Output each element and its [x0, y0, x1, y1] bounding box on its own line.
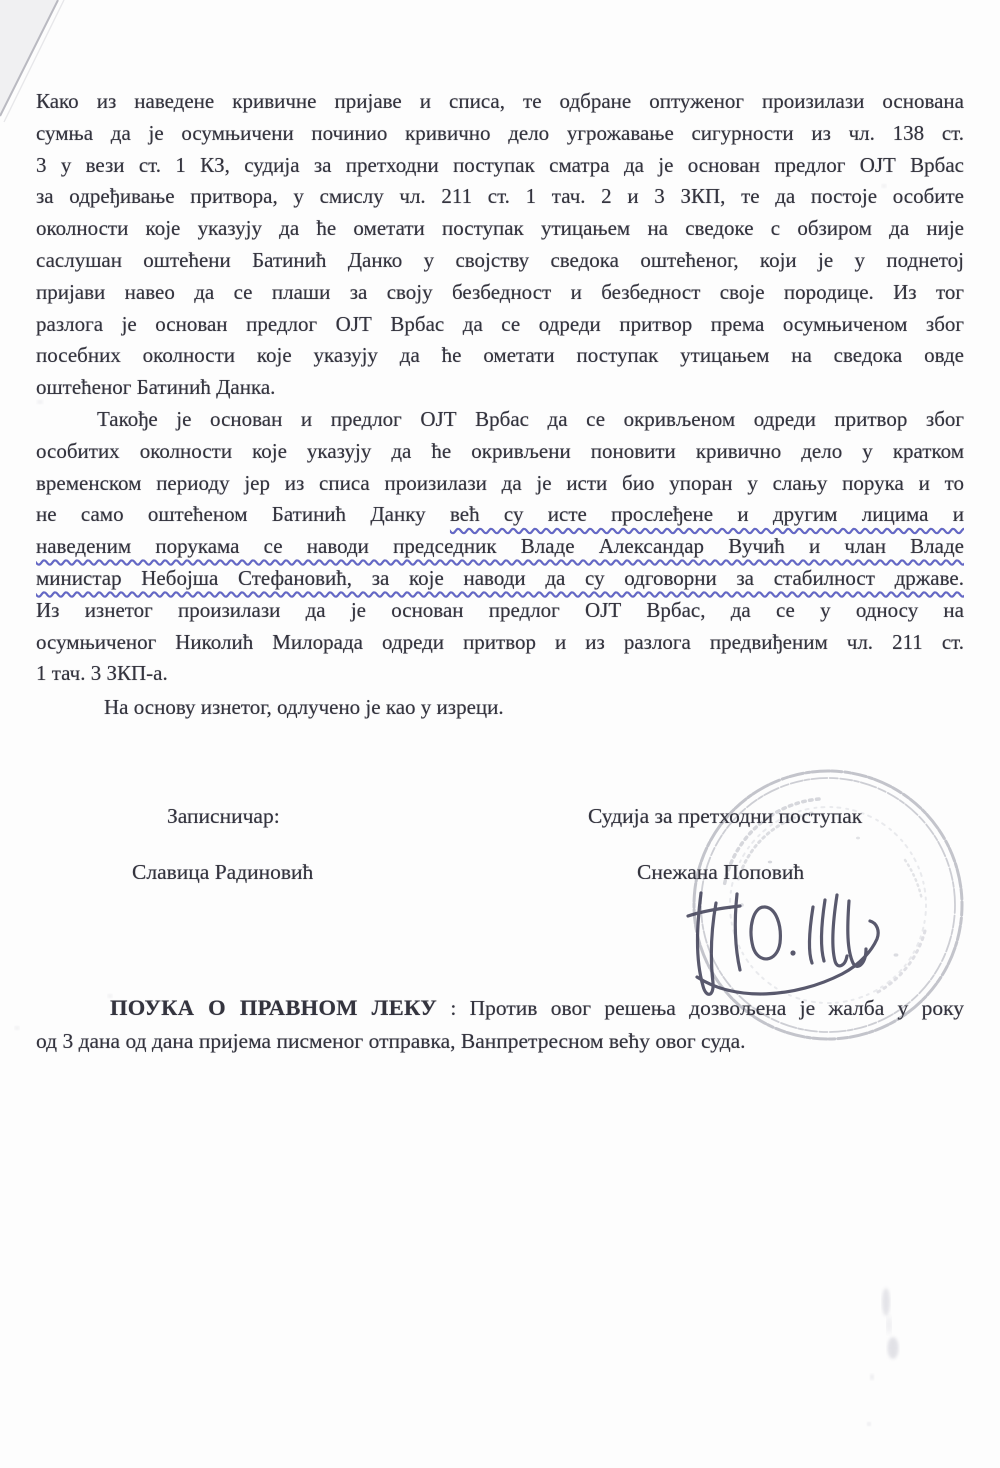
- text-line: оштећеног Батинић Данка.: [36, 372, 964, 404]
- text-line: околности које указују да ће ометати пос…: [36, 213, 964, 245]
- body-paragraph-2: Такође је основан и предлог ОЈТ Врбас да…: [36, 404, 964, 690]
- judge-role-label: Судија за претходни поступак: [588, 804, 862, 829]
- pen-underlined-text: већ су исте прослеђене и другим лицима и: [450, 502, 964, 526]
- legal-remedy-heading: ПОУКА О ПРАВНОМ ЛЕКУ: [110, 995, 437, 1020]
- judge-name: Снежана Поповић: [637, 860, 804, 885]
- text-line: саслушан оштећени Батинић Данко у својст…: [36, 245, 964, 277]
- clerk-role-label: Записничар:: [167, 804, 280, 829]
- judge-signature-icon: [688, 893, 878, 994]
- text-line: наведеним порукама се наводи председник …: [36, 531, 964, 563]
- text-line: Такође је основан и предлог ОЈТ Врбас да…: [36, 404, 964, 436]
- text-line: пријави навео да се плаши за своју безбе…: [36, 277, 964, 309]
- body-paragraph-1: Како из наведене кривичне пријаве и спис…: [36, 86, 964, 404]
- clerk-name: Славица Радиновић: [132, 860, 313, 885]
- text-line: Из изнетог произилази да је основан пред…: [36, 595, 964, 627]
- text-line: сумња да је осумњичени починио кривично …: [36, 118, 964, 150]
- text-line: осумњиченог Николић Милорада одреди прит…: [36, 627, 964, 659]
- text-run: не само оштећеном Батинић Данку: [36, 502, 450, 526]
- body-paragraph-3: На основу изнетог, одлучено је као у изр…: [36, 692, 964, 724]
- text-line: 1 тач. 3 ЗКП-а.: [36, 658, 964, 690]
- text-line: министар Небојша Стефановић, за које нав…: [36, 563, 964, 595]
- text-line: особитих околности које указују да ће ок…: [36, 436, 964, 468]
- text-line: Како из наведене кривичне пријаве и спис…: [36, 86, 964, 118]
- text-line: На основу изнетог, одлучено је као у изр…: [36, 692, 964, 724]
- pen-underlined-text: министар Небојша Стефановић, за које нав…: [36, 566, 964, 590]
- text-line: временском периоду јер из списа произила…: [36, 468, 964, 500]
- legal-remedy-text: : Против овог решења дозвољена је жалба …: [437, 996, 964, 1020]
- text-line: ПОУКА О ПРАВНОМ ЛЕКУ : Против овог решењ…: [36, 992, 964, 1025]
- text-line: не само оштећеном Батинић Данку већ су и…: [36, 499, 964, 531]
- pen-underlined-text: наведеним порукама се наводи председник …: [36, 534, 964, 558]
- legal-remedy-notice: ПОУКА О ПРАВНОМ ЛЕКУ : Против овог решењ…: [36, 992, 964, 1057]
- text-line: за одређивање притвора, у смислу чл. 211…: [36, 181, 964, 213]
- text-line: од 3 дана од дана пријема писменог отпра…: [36, 1025, 964, 1058]
- text-line: посебних околности које указују да ће ом…: [36, 340, 964, 372]
- text-line: 3 у вези ст. 1 КЗ, судија за претходни п…: [36, 150, 964, 182]
- text-line: разлога је основан предлог ОЈТ Врбас да …: [36, 309, 964, 341]
- page: Како из наведене кривичне пријаве и спис…: [0, 0, 1000, 1468]
